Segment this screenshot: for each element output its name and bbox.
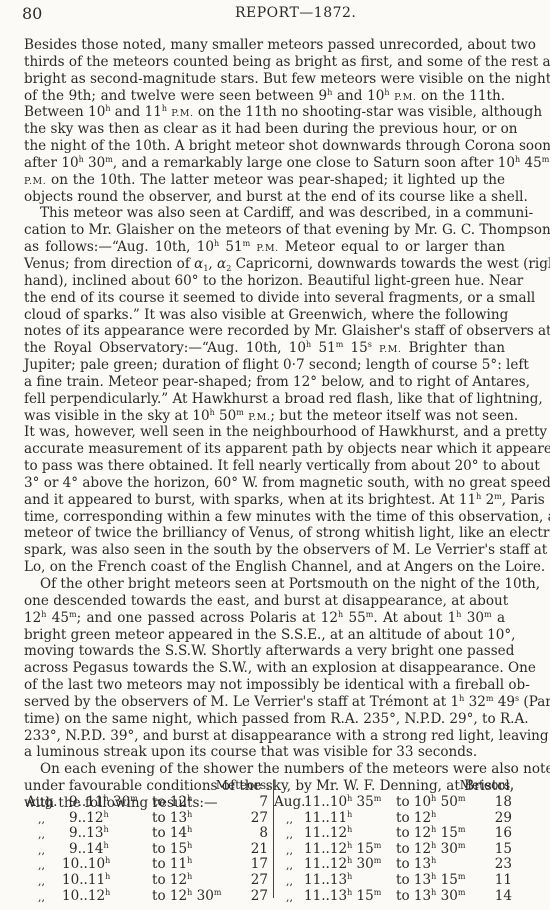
text-line: 12h 45m; and one passed across Polaris a… xyxy=(24,610,505,627)
cell-month: ,, xyxy=(38,875,45,888)
cell-day: 11..12h xyxy=(304,825,352,841)
cell-month: ,, xyxy=(38,891,45,904)
cell-day: 11..10h 35m xyxy=(304,794,381,810)
text-line: Lo, on the French coast of the English C… xyxy=(24,559,505,576)
cell-meteors: 14 xyxy=(495,888,512,904)
text-line: of the 9th; and twelve were seen between… xyxy=(24,88,505,105)
text-line: to pass was there obtained. It fell near… xyxy=(24,458,505,475)
text-line: accurate measurement of its apparent pat… xyxy=(24,441,505,458)
table-row: ,,11..11hto 12h29 xyxy=(276,810,514,827)
page-header: 80 REPORT—1872. xyxy=(22,4,532,28)
table-row: ,,11..12h 15mto 12h 30m15 xyxy=(276,841,514,858)
page-number: 80 xyxy=(22,4,42,23)
text-line: bright green meteor appeared in the S.S.… xyxy=(24,627,505,644)
cell-meteors: 17 xyxy=(251,856,268,872)
table-row: ,,9..14hto 15h21 xyxy=(24,841,270,858)
table-row: ,,11..12h 30mto 13h23 xyxy=(276,856,514,873)
cell-day: 10..11h xyxy=(62,872,110,888)
text-line: was visible in the sky at 10h 50m P.M.; … xyxy=(24,408,505,425)
cell-to: to 13h xyxy=(152,810,192,826)
cell-month: ,, xyxy=(286,828,293,841)
cell-month: ,, xyxy=(38,813,45,826)
text-line: Besides those noted, many smaller meteor… xyxy=(24,37,505,54)
text-line: cation to Mr. Glaisher on the meteors of… xyxy=(24,222,505,239)
text-line: as follows:—“Aug. 10th, 10h 51m P.M. Met… xyxy=(24,239,505,256)
running-head: REPORT—1872. xyxy=(235,5,356,21)
cell-to: to 12h xyxy=(152,872,192,888)
cell-meteors: 23 xyxy=(495,856,512,872)
cell-month: ,, xyxy=(38,828,45,841)
text-line: the end of its course it seemed to divid… xyxy=(24,290,505,307)
cell-day: 11..11h xyxy=(304,810,352,826)
cell-day: 9..13h xyxy=(69,825,109,841)
cell-to: to 12h xyxy=(396,810,436,826)
cell-day: 11..12h 15m xyxy=(304,841,381,857)
text-line: fell perpendicularly.” At Hawkhurst a br… xyxy=(24,391,505,408)
text-line: It was, however, well seen in the neighb… xyxy=(24,424,505,441)
cell-day: 11..12h 30m xyxy=(304,856,381,872)
cell-to: to 12h 15m xyxy=(396,825,465,841)
text-line: the sky was then as clear as it had been… xyxy=(24,121,505,138)
cell-month: ,, xyxy=(286,813,293,826)
text-line: of the last two meteors may not impossib… xyxy=(24,677,505,694)
cell-month: ,, xyxy=(38,859,45,872)
text-line: spark, was also seen in the south by the… xyxy=(24,542,505,559)
text-line: a fine train. Meteor pear-shaped; from 1… xyxy=(24,374,505,391)
cell-to: to 13h 15m xyxy=(396,872,465,888)
table-row: ,,11..13hto 13h 15m11 xyxy=(276,872,514,889)
cell-month: Aug. xyxy=(274,794,306,810)
cell-meteors: 27 xyxy=(251,810,268,826)
table-row: ,,11..13h 15mto 13h 30m14 xyxy=(276,888,514,905)
text-line: a luminous streak upon its course that w… xyxy=(24,744,505,761)
text-line: cloud of sparks.” It was also visible at… xyxy=(24,307,505,324)
text-line: time, corresponding within a few minutes… xyxy=(24,509,505,526)
cell-meteors: 18 xyxy=(495,794,512,810)
text-line: across Pegasus towards the S.W., with an… xyxy=(24,660,505,677)
cell-meteors: 21 xyxy=(251,841,268,857)
text-line: thirds of the meteors counted being as b… xyxy=(24,54,505,71)
text-line: Of the other bright meteors seen at Port… xyxy=(24,576,505,593)
table-row: ,,10..10hto 11h17 xyxy=(24,856,270,873)
table-row: ,,11..12hto 12h 15m16 xyxy=(276,825,514,842)
text-line: objects round the observer, and burst at… xyxy=(24,189,505,206)
cell-day: 10..12h xyxy=(62,888,110,904)
text-line: This meteor was also seen at Cardiff, an… xyxy=(24,205,505,222)
text-line: 3° or 4° above the horizon, 60° W. from … xyxy=(24,475,505,492)
text-line: after 10h 30m, and a remarkably large on… xyxy=(24,155,505,172)
table-row: Aug.9..11h 30mto 12h7 xyxy=(24,794,270,811)
cell-month: ,, xyxy=(286,859,293,872)
cell-to: to 10h 50m xyxy=(396,794,465,810)
cell-day: 9..14h xyxy=(69,841,109,857)
column-header-meteors: Meteors. xyxy=(216,778,270,792)
text-line: 233°, N.P.D. 39°, and burst at disappear… xyxy=(24,728,505,745)
text-line: the Royal Observatory:—“Aug. 10th, 10h 5… xyxy=(24,340,505,357)
cell-day: 10..10h xyxy=(62,856,110,872)
text-line: Venus; from direction of α1, α2 Capricor… xyxy=(24,256,505,273)
text-line: P.M. on the 10th. The latter meteor was … xyxy=(24,172,505,189)
text-line: the night of the 10th. A bright meteor s… xyxy=(24,138,505,155)
cell-meteors: 27 xyxy=(251,888,268,904)
cell-month: ,, xyxy=(286,875,293,888)
text-line: served by the observers of M. Le Verrier… xyxy=(24,694,505,711)
table-row: ,,9..13hto 14h8 xyxy=(24,825,270,842)
cell-to: to 13h 30m xyxy=(396,888,465,904)
cell-to: to 15h xyxy=(152,841,192,857)
cell-to: to 11h xyxy=(152,856,192,872)
text-line: bright as second-magnitude stars. But fe… xyxy=(24,71,505,88)
cell-day: 9..12h xyxy=(69,810,109,826)
cell-month: Aug. xyxy=(26,794,58,810)
cell-to: to 12h xyxy=(152,794,192,810)
text-line: one descended towards the east, and burs… xyxy=(24,593,505,610)
table-row: ,,9..12hto 13h27 xyxy=(24,810,270,827)
text-line: time) on the same night, which passed fr… xyxy=(24,711,505,728)
cell-to: to 12h 30m xyxy=(396,841,465,857)
text-line: meteor of twice the brilliancy of Venus,… xyxy=(24,525,505,542)
cell-to: to 13h xyxy=(396,856,436,872)
text-line: hand), inclined about 60° to the horizon… xyxy=(24,273,505,290)
cell-month: ,, xyxy=(38,844,45,857)
text-line: notes of its appearance were recorded by… xyxy=(24,323,505,340)
text-line: and it appeared to burst, with sparks, w… xyxy=(24,492,505,509)
cell-day: 11..13h 15m xyxy=(304,888,381,904)
table-row: ,,10..11hto 12h27 xyxy=(24,872,270,889)
cell-meteors: 8 xyxy=(259,825,268,841)
cell-meteors: 27 xyxy=(251,872,268,888)
column-header-meteors: Meteors. xyxy=(460,778,514,792)
text-line: On each evening of the shower the number… xyxy=(24,761,505,778)
cell-day: 11..13h xyxy=(304,872,352,888)
document-page: 80 REPORT—1872. Besides those noted, man… xyxy=(0,0,550,910)
cell-month: ,, xyxy=(286,891,293,904)
cell-meteors: 11 xyxy=(495,872,512,888)
cell-meteors: 7 xyxy=(259,794,268,810)
meteor-count-table: Meteors. Aug.9..11h 30mto 12h7,,9..12hto… xyxy=(24,778,514,904)
cell-day: 9..11h 30m xyxy=(69,794,138,810)
cell-meteors: 16 xyxy=(495,825,512,841)
text-line: moving towards the S.S.W. Shortly afterw… xyxy=(24,643,505,660)
cell-month: ,, xyxy=(286,844,293,857)
cell-to: to 12h 30m xyxy=(152,888,221,904)
table-row: ,,10..12hto 12h 30m27 xyxy=(24,888,270,905)
cell-meteors: 15 xyxy=(495,841,512,857)
table-row: Aug.11..10h 35mto 10h 50m18 xyxy=(276,794,514,811)
text-line: Jupiter; pale green; duration of flight … xyxy=(24,357,505,374)
cell-to: to 14h xyxy=(152,825,192,841)
text-line: Between 10h and 11h P.M. on the 11th no … xyxy=(24,104,505,121)
cell-meteors: 29 xyxy=(495,810,512,826)
body-text: Besides those noted, many smaller meteor… xyxy=(24,37,505,812)
